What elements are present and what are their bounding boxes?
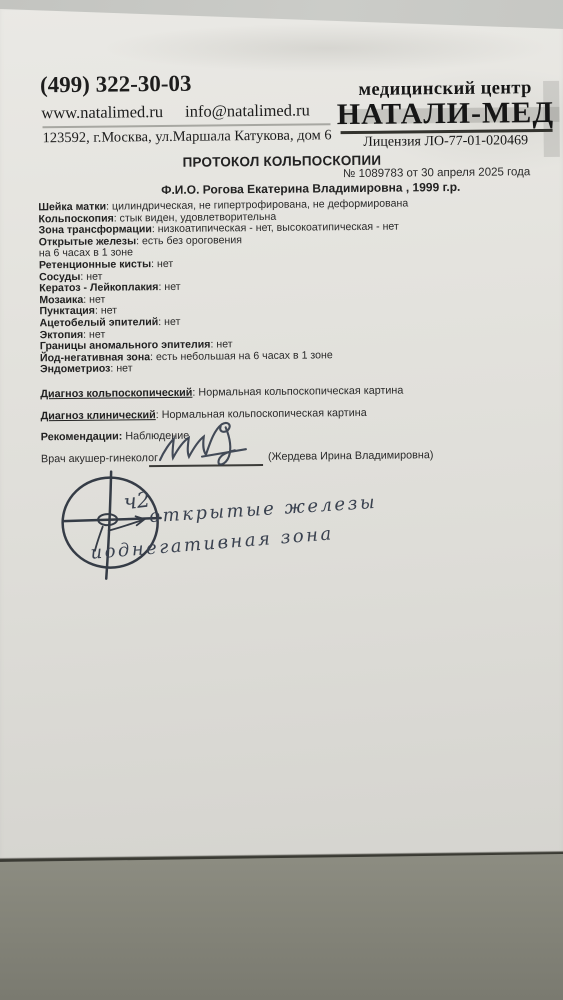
handwritten-mark: ч2 (122, 488, 151, 515)
handwritten-note-2: иоднегативная зона (90, 523, 335, 563)
finding-value: : нет (80, 270, 102, 282)
clinic-contacts: www.natalimed.ruinfo@natalimed.ru (41, 100, 310, 123)
colposcopy-diagram: ч2 открытые железы иоднегативная зона (50, 459, 381, 587)
diagnosis-value: : Нормальная кольпоскопическая картина (192, 385, 403, 399)
diagnosis-label: Диагноз кольпоскопический (40, 387, 192, 401)
finding-value: : есть без ороговения (136, 234, 242, 247)
finding-value: : нет (158, 316, 180, 328)
finding-value: : нет (83, 328, 105, 340)
finding-label: Мозаика (39, 294, 83, 306)
protocol-number-date: № 1089783 от 30 апреля 2025 года (343, 166, 530, 180)
finding-value: : нет (151, 258, 173, 270)
clinic-website: www.natalimed.ru (41, 102, 163, 122)
finding-value: : нет (95, 305, 117, 317)
handwritten-note-1: открытые железы (149, 492, 378, 527)
patient-name-line: Ф.И.О. Рогова Екатерина Владимировна , 1… (161, 180, 460, 197)
finding-label: Эктопия (40, 328, 84, 340)
clinic-phone: (499) 322-30-03 (40, 71, 192, 99)
clinic-email: info@natalimed.ru (185, 100, 310, 120)
crosshair-horizontal (64, 518, 161, 521)
finding-value: : есть небольшая на 6 часах в 1 зоне (150, 349, 333, 363)
finding-label: Эндометриоз (40, 363, 110, 376)
paper-content: (499) 322-30-03 www.natalimed.ruinfo@nat… (0, 0, 563, 1000)
clinic-address: 123592, г.Москва, ул.Маршала Катукова, д… (43, 127, 332, 147)
finding-label: Сосуды (39, 270, 80, 282)
clinic-name: НАТАЛИ-МЕД (330, 97, 560, 130)
diagnosis-colposcopic: Диагноз кольпоскопический: Нормальная ко… (40, 385, 403, 401)
findings-list: Шейка матки: цилиндрическая, не гипертро… (38, 197, 545, 376)
clinic-license: Лицензия ЛО-77-01-020469 (331, 132, 561, 149)
finding-value: : нет (210, 338, 232, 350)
finding-value: : нет (110, 363, 132, 375)
recommendations-label: Рекомендации: (41, 430, 123, 443)
paper-sheet: (499) 322-30-03 www.natalimed.ruinfo@nat… (0, 0, 563, 1000)
diagnosis-label: Диагноз клинический (40, 409, 155, 422)
finding-value: : низкоатипическая - нет, высокоатипичес… (152, 221, 399, 236)
finding-value: : нет (158, 281, 180, 293)
document-photo: (499) 322-30-03 www.natalimed.ruinfo@nat… (0, 0, 563, 1000)
finding-value: : нет (83, 293, 105, 305)
clinic-logo-block: медицинский центр НАТАЛИ-МЕД Лицензия ЛО… (330, 79, 561, 150)
table-surface-bottom (0, 845, 563, 1000)
finding-row: Эндометриоз: нет (40, 359, 545, 376)
